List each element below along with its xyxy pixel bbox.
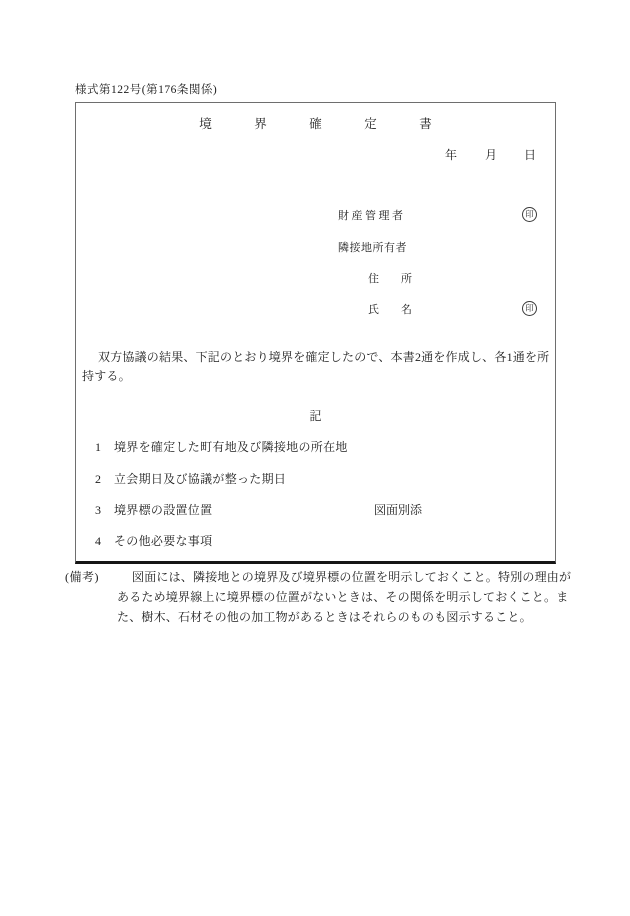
date-month-label: 月 bbox=[485, 149, 497, 161]
remarks-label: (備考) bbox=[65, 571, 99, 583]
body-paragraph-line-2: 持する。 bbox=[82, 370, 131, 382]
list-item-3: 3 境界標の設置位置 図面別添 bbox=[76, 504, 555, 518]
document-frame: 境 界 確 定 書 年 月 日 財産管理者 印 隣接地所有者 住 所 氏 名 印… bbox=[75, 102, 556, 564]
item-number: 1 bbox=[95, 441, 101, 453]
name-label: 氏 名 bbox=[368, 305, 412, 316]
item-text: その他必要な事項 bbox=[114, 535, 212, 547]
remarks-line-2: あるため境界線上に境界標の位置がないときは、その関係を明示しておくこと。ま bbox=[117, 591, 568, 603]
remarks-line-1: 図面には、隣接地との境界及び境界標の位置を明示しておくこと。特別の理由が bbox=[132, 571, 571, 583]
drawing-attached-label: 図面別添 bbox=[374, 504, 422, 516]
record-heading: 記 bbox=[76, 410, 555, 422]
document-page: 様式第122号(第176条関係) 境 界 確 定 書 年 月 日 財産管理者 印… bbox=[0, 0, 630, 916]
property-manager-label: 財産管理者 bbox=[338, 211, 406, 222]
item-number: 3 bbox=[95, 504, 101, 516]
seal-character: 印 bbox=[525, 304, 534, 313]
body-paragraph-line-1: 双方協議の結果、下記のとおり境界を確定したので、本書2通を作成し、各1通を所 bbox=[98, 351, 549, 363]
item-text: 境界標の設置位置 bbox=[114, 504, 212, 516]
seal-icon: 印 bbox=[522, 301, 537, 316]
item-text: 境界を確定した町有地及び隣接地の所在地 bbox=[114, 441, 348, 453]
item-number: 4 bbox=[95, 535, 101, 547]
remarks-line-3: た、樹木、石材その他の加工物があるときはそれらのものも図示すること。 bbox=[117, 611, 532, 623]
date-year-label: 年 bbox=[445, 149, 457, 161]
form-number: 様式第122号(第176条関係) bbox=[75, 85, 217, 97]
list-item-2: 2 立会期日及び協議が整った期日 bbox=[76, 473, 555, 487]
seal-character: 印 bbox=[525, 210, 534, 219]
list-item-1: 1 境界を確定した町有地及び隣接地の所在地 bbox=[76, 441, 555, 455]
item-text: 立会期日及び協議が整った期日 bbox=[114, 473, 286, 485]
seal-icon: 印 bbox=[522, 207, 537, 222]
item-number: 2 bbox=[95, 473, 101, 485]
adjacent-landowner-label: 隣接地所有者 bbox=[338, 243, 407, 254]
date-day-label: 日 bbox=[524, 149, 536, 161]
list-item-4: 4 その他必要な事項 bbox=[76, 535, 555, 549]
address-label: 住 所 bbox=[368, 274, 412, 285]
document-title: 境 界 確 定 書 bbox=[76, 118, 555, 131]
